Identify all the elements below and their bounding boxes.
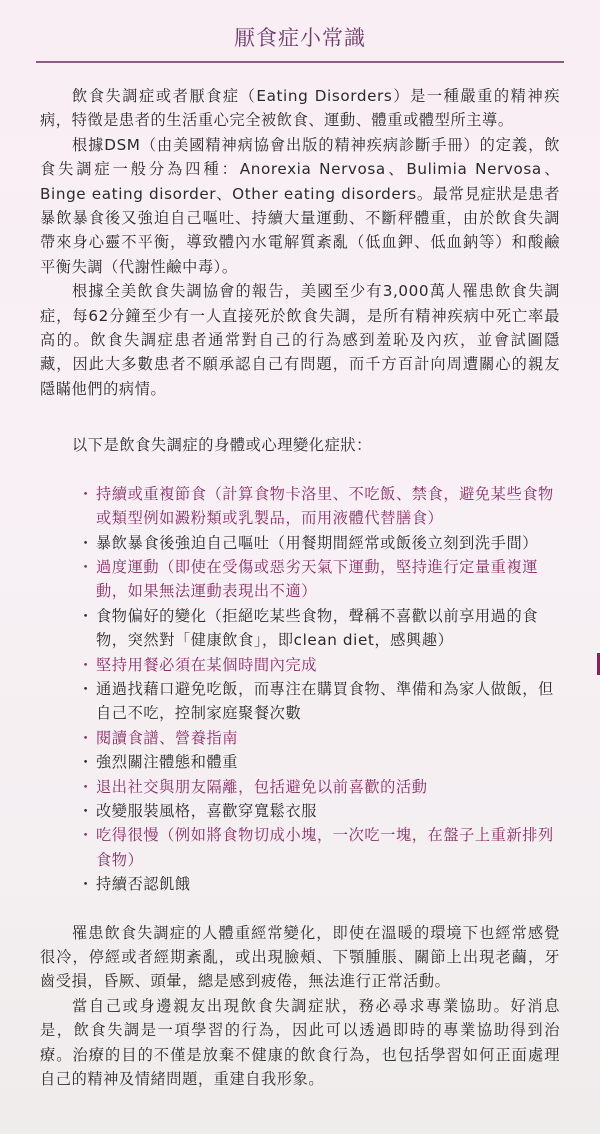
symptom-item: ・強烈關注體態和體重 bbox=[78, 750, 560, 774]
symptom-item: ・持續否認飢餓 bbox=[78, 872, 560, 896]
symptom-text: 食物偏好的變化（拒絕吃某些食物，聲稱不喜歡以前享用過的食物，突然對「健康飲食」，… bbox=[96, 607, 538, 649]
symptom-item: ・堅持用餐必須在某個時間內完成 bbox=[78, 653, 560, 677]
symptom-text: 退出社交與朋友隔離，包括避免以前喜歡的活動 bbox=[96, 778, 428, 796]
symptom-text: 改變服裝風格，喜歡穿寬鬆衣服 bbox=[96, 802, 317, 820]
symptom-item: ・食物偏好的變化（拒絕吃某些食物，聲稱不喜歡以前享用過的食物，突然對「健康飲食」… bbox=[78, 604, 560, 653]
bullet-icon: ・ bbox=[78, 677, 94, 701]
symptom-item: ・通過找藉口避免吃飯，而專注在購買食物、準備和為家人做飯，但自己不吃，控制家庭聚… bbox=[78, 677, 560, 726]
symptom-text: 持續或重複節食（計算食物卡洛里、不吃飯、禁食，避免某些食物或類型例如澱粉類或乳製… bbox=[96, 485, 554, 527]
symptom-text: 暴飲暴食後強迫自己嘔吐（用餐期間經常或飯後立刻到洗手間） bbox=[96, 534, 538, 552]
bullet-icon: ・ bbox=[78, 555, 94, 579]
symptom-item: ・過度運動（即使在受傷或惡劣天氣下運動，堅持進行定量重複運動，如果無法運動表現出… bbox=[78, 555, 560, 604]
symptom-item: ・改變服裝風格，喜歡穿寬鬆衣服 bbox=[78, 799, 560, 823]
closing-paragraph-help: 當自己或身邊親友出現飲食失調症狀，務必尋求專業協助。好消息是，飲食失調是一項學習… bbox=[40, 994, 560, 1092]
symptom-item: ・暴飲暴食後強迫自己嘔吐（用餐期間經常或飯後立刻到洗手間） bbox=[78, 531, 560, 555]
symptom-text: 強烈關注體態和體重 bbox=[96, 753, 238, 771]
symptom-text: 過度運動（即使在受傷或惡劣天氣下運動，堅持進行定量重複運動，如果無法運動表現出不… bbox=[96, 558, 538, 600]
title-divider bbox=[36, 61, 564, 63]
article-body: 飲食失調症或者厭食症（Eating Disorders）是一種嚴重的精神疾病，特… bbox=[40, 84, 560, 1091]
symptom-item: ・退出社交與朋友隔離，包括避免以前喜歡的活動 bbox=[78, 775, 560, 799]
symptom-text: 通過找藉口避免吃飯，而專注在購買食物、準備和為家人做飯，但自己不吃，控制家庭聚餐… bbox=[96, 680, 554, 722]
symptom-text: 吃得很慢（例如將食物切成小塊，一次吃一塊，在盤子上重新排列食物） bbox=[96, 826, 554, 868]
bullet-icon: ・ bbox=[78, 775, 94, 799]
page-title: 厭食症小常識 bbox=[0, 22, 600, 52]
intro-paragraph-statistics: 根據全美飲食失調協會的報告，美國至少有3,000萬人罹患飲食失調症，每62分鐘至… bbox=[40, 279, 560, 401]
symptoms-heading: 以下是飲食失調症的身體或心理變化症狀： bbox=[40, 433, 560, 457]
symptom-text: 閱讀食譜、營養指南 bbox=[96, 729, 238, 747]
symptom-text: 堅持用餐必須在某個時間內完成 bbox=[96, 656, 317, 674]
bullet-icon: ・ bbox=[78, 482, 94, 506]
bullet-icon: ・ bbox=[78, 799, 94, 823]
closing-paragraph-physical: 罹患飲食失調症的人體重經常變化，即使在溫暖的環境下也經常感覺很冷，停經或者經期紊… bbox=[40, 921, 560, 994]
symptoms-list: ・持續或重複節食（計算食物卡洛里、不吃飯、禁食，避免某些食物或類型例如澱粉類或乳… bbox=[78, 482, 560, 897]
bullet-icon: ・ bbox=[78, 872, 94, 896]
intro-paragraph-dsm: 根據DSM（由美國精神病協會出版的精神疾病診斷手冊）的定義，飲食失調症一般分為四… bbox=[40, 133, 560, 279]
bullet-icon: ・ bbox=[78, 750, 94, 774]
closing-section: 罹患飲食失調症的人體重經常變化，即使在溫暖的環境下也經常感覺很冷，停經或者經期紊… bbox=[40, 921, 560, 1092]
bullet-icon: ・ bbox=[78, 653, 94, 677]
symptom-item: ・閱讀食譜、營養指南 bbox=[78, 726, 560, 750]
symptom-text: 持續否認飢餓 bbox=[96, 875, 191, 893]
bullet-icon: ・ bbox=[78, 531, 94, 555]
bullet-icon: ・ bbox=[78, 604, 94, 628]
intro-paragraph-definition: 飲食失調症或者厭食症（Eating Disorders）是一種嚴重的精神疾病，特… bbox=[40, 84, 560, 133]
symptom-item: ・持續或重複節食（計算食物卡洛里、不吃飯、禁食，避免某些食物或類型例如澱粉類或乳… bbox=[78, 482, 560, 531]
symptom-item: ・吃得很慢（例如將食物切成小塊，一次吃一塊，在盤子上重新排列食物） bbox=[78, 823, 560, 872]
bullet-icon: ・ bbox=[78, 726, 94, 750]
bullet-icon: ・ bbox=[78, 823, 94, 847]
